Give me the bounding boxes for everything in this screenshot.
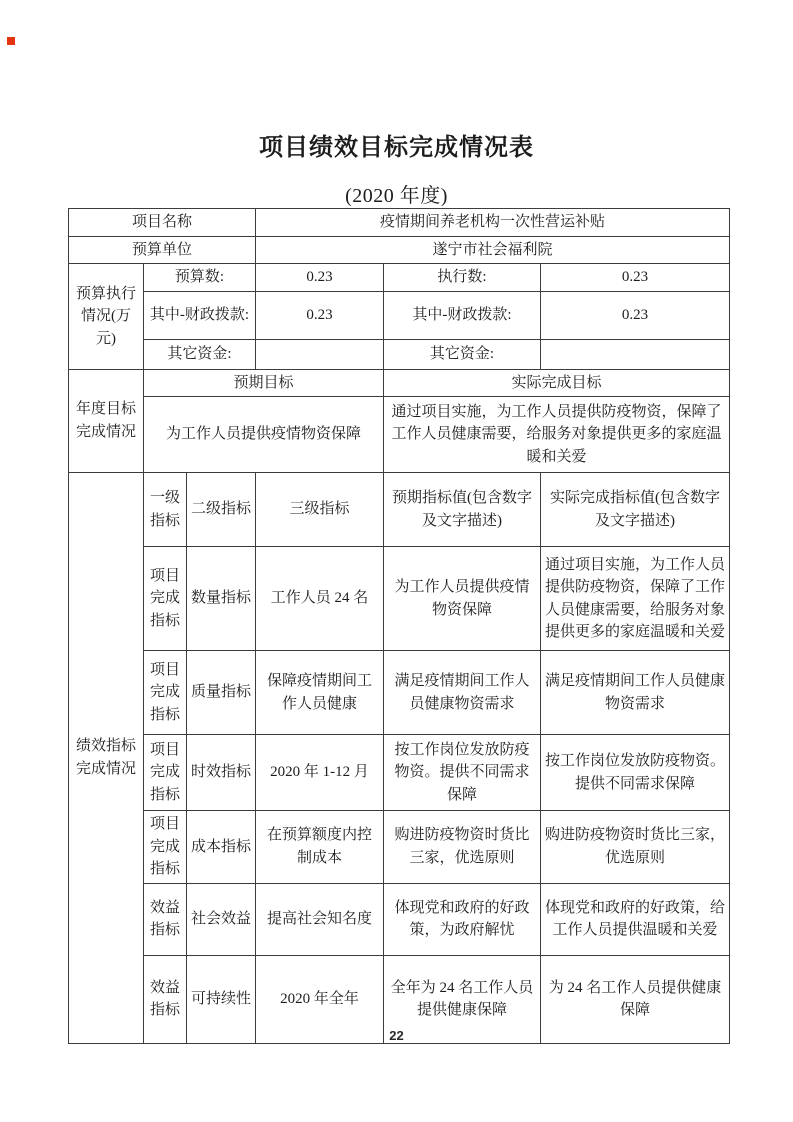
indicator-expected: 体现党和政府的好政策，为政府解忧 <box>384 883 541 955</box>
project-name-row: 项目名称 疫情期间养老机构一次性营运补贴 <box>69 209 730 237</box>
indicator-row: 效益指标 社会效益 提高社会知名度 体现党和政府的好政策，为政府解忧 体现党和政… <box>69 883 730 955</box>
execution-amount-value: 0.23 <box>541 264 730 292</box>
indicator-actual: 体现党和政府的好政策，给工作人员提供温暖和关爱 <box>541 883 730 955</box>
fiscal-allocation-value: 0.23 <box>256 291 384 339</box>
level3-header: 三级指标 <box>256 473 384 547</box>
indicator-actual: 按工作岗位发放防疫物资。提供不同需求保障 <box>541 735 730 811</box>
indicator-level2: 质量指标 <box>187 651 256 735</box>
indicator-level1: 项目完成指标 <box>144 735 187 811</box>
red-mark-icon <box>7 37 15 45</box>
expected-goal-value: 为工作人员提供疫情物资保障 <box>144 397 384 473</box>
indicator-actual: 通过项目实施，为工作人员提供防疫物资，保障了工作人员健康需要，给服务对象提供更多… <box>541 547 730 651</box>
annual-section-label: 年度目标完成情况 <box>69 369 144 473</box>
indicator-row: 项目完成指标 质量指标 保障疫情期间工作人员健康 满足疫情期间工作人员健康物资需… <box>69 651 730 735</box>
indicator-level1: 项目完成指标 <box>144 651 187 735</box>
indicator-level3: 在预算额度内控制成本 <box>256 811 384 884</box>
annual-goal-content-row: 为工作人员提供疫情物资保障 通过项目实施，为工作人员提供防疫物资，保障了工作人员… <box>69 397 730 473</box>
indicator-expected: 满足疫情期间工作人员健康物资需求 <box>384 651 541 735</box>
fiscal-allocation-label: 其中-财政拨款: <box>384 291 541 339</box>
indicator-level3: 2020 年 1-12 月 <box>256 735 384 811</box>
project-name-label: 项目名称 <box>69 209 256 237</box>
indicator-level2: 成本指标 <box>187 811 256 884</box>
performance-table: 项目名称 疫情期间养老机构一次性营运补贴 预算单位 遂宁市社会福利院 预算执行情… <box>68 208 730 1044</box>
indicator-actual: 满足疫情期间工作人员健康物资需求 <box>541 651 730 735</box>
budget-amount-value: 0.23 <box>256 264 384 292</box>
other-funds-value <box>256 339 384 369</box>
budget-row: 其它资金: 其它资金: <box>69 339 730 369</box>
indicator-level2: 社会效益 <box>187 883 256 955</box>
indicator-level2: 时效指标 <box>187 735 256 811</box>
actual-goal-value: 通过项目实施，为工作人员提供防疫物资，保障了工作人员健康需要，给服务对象提供更多… <box>384 397 730 473</box>
indicator-row: 项目完成指标 时效指标 2020 年 1-12 月 按工作岗位发放防疫物资。提供… <box>69 735 730 811</box>
page-number: 22 <box>0 1028 793 1043</box>
other-funds-label: 其它资金: <box>384 339 541 369</box>
indicator-level3: 保障疫情期间工作人员健康 <box>256 651 384 735</box>
fiscal-allocation-value: 0.23 <box>541 291 730 339</box>
indicators-section-label: 绩效指标完成情况 <box>69 473 144 1044</box>
indicator-level3: 工作人员 24 名 <box>256 547 384 651</box>
other-funds-label: 其它资金: <box>144 339 256 369</box>
budget-row: 其中-财政拨款: 0.23 其中-财政拨款: 0.23 <box>69 291 730 339</box>
page-subtitle: (2020 年度) <box>0 179 793 208</box>
indicator-header-row: 绩效指标完成情况 一级指标 二级指标 三级指标 预期指标值(包含数字及文字描述)… <box>69 473 730 547</box>
indicator-expected: 购进防疫物资时货比三家，优选原则 <box>384 811 541 884</box>
execution-amount-label: 执行数: <box>384 264 541 292</box>
page-title: 项目绩效目标完成情况表 <box>0 0 793 162</box>
budget-unit-label: 预算单位 <box>69 236 256 264</box>
fiscal-allocation-label: 其中-财政拨款: <box>144 291 256 339</box>
expected-indicator-header: 预期指标值(包含数字及文字描述) <box>384 473 541 547</box>
indicator-expected: 为工作人员提供疫情物资保障 <box>384 547 541 651</box>
budget-row: 预算执行情况(万元) 预算数: 0.23 执行数: 0.23 <box>69 264 730 292</box>
indicator-expected: 按工作岗位发放防疫物资。提供不同需求保障 <box>384 735 541 811</box>
indicator-level1: 项目完成指标 <box>144 811 187 884</box>
budget-section-label: 预算执行情况(万元) <box>69 264 144 370</box>
annual-goal-header-row: 年度目标完成情况 预期目标 实际完成目标 <box>69 369 730 397</box>
budget-unit-row: 预算单位 遂宁市社会福利院 <box>69 236 730 264</box>
indicator-level2: 数量指标 <box>187 547 256 651</box>
actual-indicator-header: 实际完成指标值(包含数字及文字描述) <box>541 473 730 547</box>
other-funds-value <box>541 339 730 369</box>
actual-goal-header: 实际完成目标 <box>384 369 730 397</box>
budget-unit-value: 遂宁市社会福利院 <box>256 236 730 264</box>
project-name-value: 疫情期间养老机构一次性营运补贴 <box>256 209 730 237</box>
budget-amount-label: 预算数: <box>144 264 256 292</box>
indicator-level3: 提高社会知名度 <box>256 883 384 955</box>
indicator-level1: 项目完成指标 <box>144 547 187 651</box>
indicator-row: 项目完成指标 数量指标 工作人员 24 名 为工作人员提供疫情物资保障 通过项目… <box>69 547 730 651</box>
indicator-actual: 购进防疫物资时货比三家，优选原则 <box>541 811 730 884</box>
indicator-row: 项目完成指标 成本指标 在预算额度内控制成本 购进防疫物资时货比三家，优选原则 … <box>69 811 730 884</box>
indicator-level1: 效益指标 <box>144 883 187 955</box>
level2-header: 二级指标 <box>187 473 256 547</box>
level1-header: 一级指标 <box>144 473 187 547</box>
document-page: 项目绩效目标完成情况表 (2020 年度) 项目名称 疫情期间养老机构一次性营运… <box>0 0 793 1122</box>
expected-goal-header: 预期目标 <box>144 369 384 397</box>
